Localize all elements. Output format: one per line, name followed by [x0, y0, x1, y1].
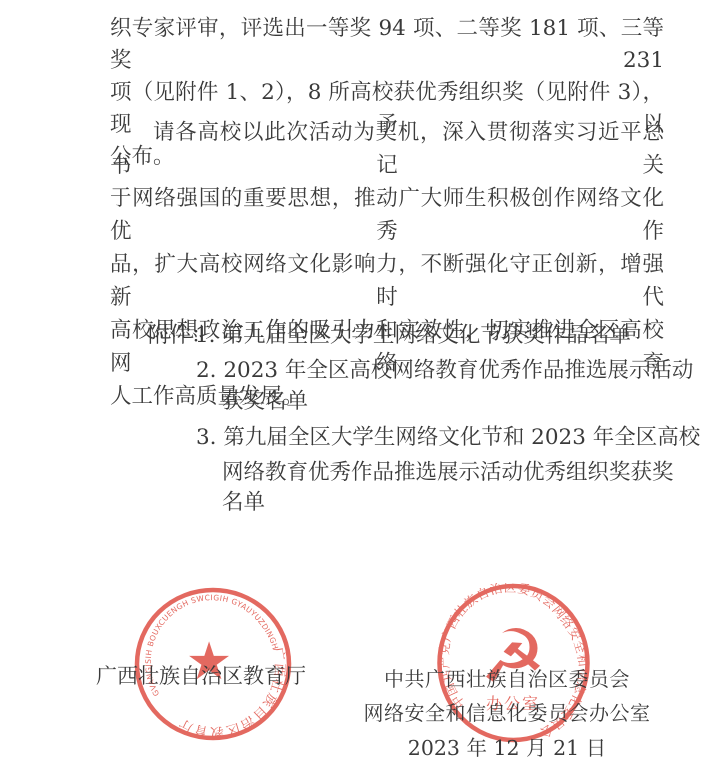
attachment-item-3-cont: 网络教育优秀作品推选展示活动优秀组织奖获奖 [222, 460, 674, 486]
attachment-item-2: 2. 2023 年全区高校网络教育优秀作品推选展示活动 [196, 358, 693, 384]
text-line: 请各高校以此次活动为契机，深入贯彻落实习近平总书记关 [110, 116, 664, 182]
attachment-item-2-cont: 获奖名单 [222, 389, 308, 415]
text-line: 人工作高质量发展。 [110, 380, 664, 413]
text-line: 于网络强国的重要思想，推动广大师生积极创作网络文化优秀作 [110, 182, 664, 248]
text-line: 织专家评审，评选出一等奖 94 项、二等奖 181 项、三等奖 231 [110, 13, 664, 77]
signature-date: 2023 年 12 月 21 日 [330, 735, 684, 761]
attachment-item-3-cont2: 名单 [222, 490, 265, 516]
signature-left-org: 广西壮族自治区教育厅 [60, 663, 342, 689]
signature-right-org-line1: 中共广西壮族自治区委员会 [330, 666, 684, 692]
document-page: 织专家评审，评选出一等奖 94 项、二等奖 181 项、三等奖 231 项（见附… [0, 0, 725, 783]
attachment-item-1: 1. 第九届全区大学生网络文化节获奖作品名单 [195, 323, 631, 349]
text-line: 品，扩大高校网络文化影响力，不断强化守正创新，增强新时代 [110, 248, 664, 314]
attachment-item-3: 3. 第九届全区大学生网络文化节和 2023 年全区高校 [196, 425, 700, 451]
signature-right-org-line2: 网络安全和信息化委员会办公室 [330, 700, 684, 726]
